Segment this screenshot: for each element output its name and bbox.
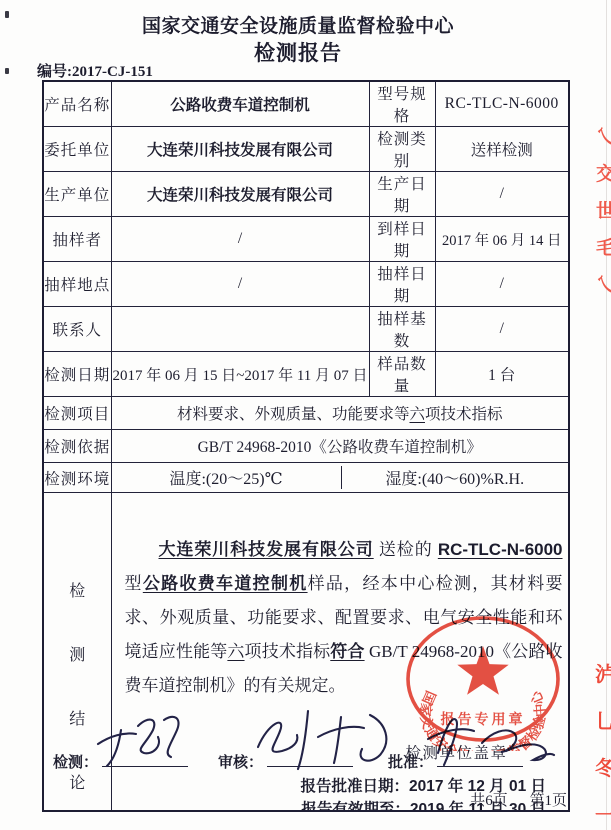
arrival-date-label: 到样日期 [369, 217, 435, 262]
conclusion-text: 项技术指标 [245, 642, 331, 661]
red-fragment: 一 [595, 799, 611, 828]
reviewer-signature-line [267, 750, 353, 767]
approver-signature-group: 批准： [388, 750, 523, 772]
report-table: 产品名称 公路收费车道控制机 型号规格 RC-TLC-N-6000 委托单位 大… [42, 80, 570, 812]
tester-label: 检测： [53, 754, 98, 771]
manufacturer-value: 大连荣川科技发展有限公司 [111, 172, 369, 217]
product-name-label: 产品名称 [43, 81, 111, 127]
client-label: 委托单位 [43, 127, 111, 172]
sampling-date-value: / [435, 262, 569, 307]
reviewer-label: 审核： [218, 754, 263, 771]
report-number-value: 2017-CJ-151 [72, 64, 153, 80]
test-date-value: 2017 年 06 月 15 日~2017 年 11 月 07 日 [111, 352, 369, 397]
conclusion-text: 送检的 [374, 540, 438, 559]
table-row: 检测日期 2017 年 06 月 15 日~2017 年 11 月 07 日 样… [43, 352, 569, 397]
conclusion-char: 检 [69, 578, 85, 601]
test-type-value: 送样检测 [435, 127, 569, 172]
test-items-tail: 项技术指标 [425, 406, 503, 423]
table-row: 检测依据 GB/T 24968-2010《公路收费车道控制机》 [43, 430, 569, 463]
conclusion-char: 结 [69, 706, 85, 729]
table-row: 委托单位 大连荣川科技发展有限公司 检测类别 送样检测 [43, 127, 569, 172]
arrival-date-value: 2017 年 06 月 14 日 [435, 217, 569, 262]
red-fragment: 乚 [595, 705, 611, 734]
verdict-inline: 符合 [330, 642, 364, 661]
sampling-base-label: 抽样基数 [369, 307, 435, 352]
contact-value [111, 307, 369, 352]
report-number: 编号:2017-CJ-151 [37, 60, 153, 81]
manufacturer-label: 生产单位 [43, 172, 111, 217]
red-fragment: 乀 [596, 122, 611, 149]
count-inline: 六 [227, 642, 244, 661]
current-page: 第1页 [529, 793, 567, 809]
table-row: 产品名称 公路收费车道控制机 型号规格 RC-TLC-N-6000 [43, 81, 569, 127]
table-row: 检测环境 温度:(20～25)℃ 湿度:(40～60)%R.H. [43, 463, 569, 493]
test-items-text: 材料要求、外观质量、功能要求等 [177, 406, 410, 423]
contact-label: 联系人 [43, 307, 111, 352]
page-footer: 共6页 第1页 [452, 789, 567, 810]
model-value: RC-TLC-N-6000 [435, 81, 569, 127]
model-inline: RC-TLC-N-6000 [438, 540, 563, 559]
tester-signature-group: 检测： [53, 750, 188, 772]
sampling-place-label: 抽样地点 [43, 262, 111, 307]
conclusion-paragraph: 大连荣川科技发展有限公司 送检的 RC-TLC-N-6000 型公路收费车道控制… [125, 533, 563, 703]
sampling-date-label: 抽样日期 [369, 262, 435, 307]
scan-speck [5, 68, 9, 74]
test-items-count: 六 [409, 406, 425, 423]
sample-qty-value: 1 台 [435, 352, 569, 397]
env-humidity: 湿度:(40～60)%R.H. [342, 466, 569, 489]
conclusion-char: 论 [69, 770, 85, 793]
product-name-value: 公路收费车道控制机 [111, 81, 369, 127]
table-row: 抽样者 / 到样日期 2017 年 06 月 14 日 [43, 217, 569, 262]
red-fragment: 世 [596, 196, 611, 223]
report-number-label: 编号: [37, 64, 72, 80]
sample-qty-label: 样品数量 [369, 352, 435, 397]
red-fragment: 毛 [596, 233, 611, 260]
report-page: 国家交通安全设施质量监督检验中心 检测报告 编号:2017-CJ-151 产品名… [0, 0, 611, 830]
product-inline: 公路收费车道控制机 [143, 574, 308, 593]
table-row: 抽样地点 / 抽样日期 / [43, 262, 569, 307]
approval-date-label: 报告批准日期： [300, 778, 409, 795]
table-row: 生产单位 大连荣川科技发展有限公司 生产日期 / [43, 172, 569, 217]
sampler-value: / [111, 217, 369, 262]
client-name-inline: 大连荣川科技发展有限公司 [159, 540, 374, 559]
table-row: 检测项目 材料要求、外观质量、功能要求等六项技术指标 [43, 397, 569, 430]
test-items-label: 检测项目 [43, 397, 111, 430]
env-split: 温度:(20～25)℃ 湿度:(40～60)%R.H. [112, 466, 569, 489]
table-row: 联系人 抽样基数 / [43, 307, 569, 352]
sampling-base-value: / [435, 307, 569, 352]
client-value: 大连荣川科技发展有限公司 [111, 127, 369, 172]
test-items-value: 材料要求、外观质量、功能要求等六项技术指标 [111, 397, 569, 430]
scan-speck [5, 11, 9, 18]
sampler-label: 抽样者 [43, 217, 111, 262]
production-date-value: / [435, 172, 569, 217]
production-date-label: 生产日期 [369, 172, 435, 217]
tester-signature-line [102, 750, 188, 767]
test-env-label: 检测环境 [43, 463, 111, 493]
red-fragment: 泸 [595, 658, 611, 687]
conclusion-text: 型 [125, 574, 143, 593]
validity-date-label: 报告有效期至： [301, 801, 410, 811]
reviewer-signature-group: 审核： [218, 750, 353, 772]
total-pages: 共6页 [470, 793, 508, 809]
test-date-label: 检测日期 [43, 352, 111, 397]
test-type-label: 检测类别 [369, 127, 435, 172]
test-basis-label: 检测依据 [43, 430, 111, 463]
test-basis-value: GB/T 24968-2010《公路收费车道控制机》 [111, 430, 569, 463]
env-temperature: 温度:(20～25)℃ [112, 466, 342, 489]
sampling-place-value: / [111, 262, 369, 307]
conclusion-char: 测 [69, 642, 85, 665]
test-env-value: 温度:(20～25)℃ 湿度:(40～60)%R.H. [111, 463, 569, 493]
center-name-title: 国家交通安全设施质量监督检验中心 [0, 11, 596, 38]
model-label: 型号规格 [369, 81, 435, 127]
red-fragment: 乀 [596, 270, 611, 297]
approver-signature-line [437, 750, 523, 767]
red-edge-fragments-bottom: 泸 乚 冬 一 [595, 658, 611, 828]
red-fragment: 交 [596, 159, 611, 186]
red-edge-fragments-top: 乀 交 世 毛 乀 [596, 122, 611, 297]
red-fragment: 冬 [595, 752, 611, 781]
approver-label: 批准： [388, 754, 433, 771]
